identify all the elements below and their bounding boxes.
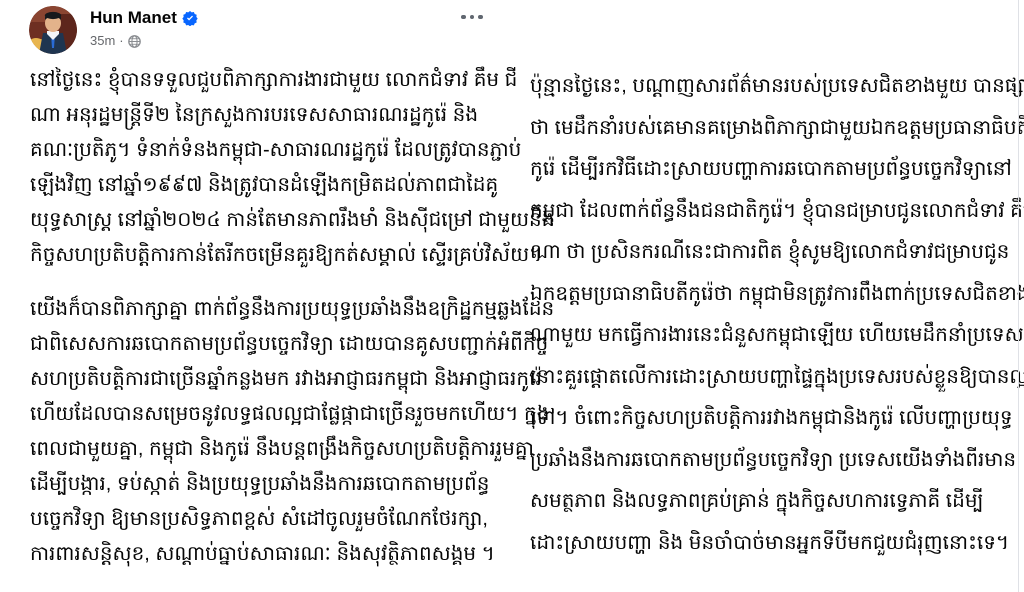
post-meta: 35m · <box>90 33 141 49</box>
author-name[interactable]: Hun Manet <box>90 8 177 28</box>
paragraph: ប៉ុន្មានថ្ងៃនេះ, បណ្តាញសារព័ត៌មានរបស់ប្រ… <box>530 66 996 564</box>
post-text-line: ការពារសន្តិសុខ, សណ្តាប់ធ្នាប់សាធារណៈ និង… <box>30 537 492 572</box>
author-row: Hun Manet <box>90 8 198 28</box>
post-text-line: ប្រឆាំងនឹងការឆបោកតាមប្រព័ន្ធបច្ចេកវិទ្យា… <box>530 440 996 482</box>
window-edge-divider <box>1018 0 1019 592</box>
post-text-line: នៅថ្ងៃនេះ ខ្ញុំបានទទួលជួបពិភាក្សាការងារជ… <box>30 63 492 98</box>
avatar[interactable] <box>29 6 77 54</box>
post-text-line: ទៅ។ ចំពោះកិច្ចសហប្រតិបត្តិការរវាងកម្ពុជា… <box>530 398 996 440</box>
verified-badge-icon <box>182 10 198 26</box>
post-text-line: ពេលជាមួយគ្នា, កម្ពុជា និងកូរ៉េ នឹងបន្តពង… <box>30 432 492 467</box>
post-text-line: ដើម្បីបង្ការ, ទប់ស្កាត់ និងប្រយុទ្ធប្រឆា… <box>30 467 492 502</box>
post-text-line: ឯកឧត្តមប្រធានាធិបតីកូរ៉េថា កម្ពុជាមិនត្រ… <box>530 274 996 316</box>
post-text-line: បច្ចេកវិទ្យា ឱ្យមានប្រសិទ្ធភាពខ្ពស់ សំដៅ… <box>30 502 492 537</box>
profile-photo <box>29 6 77 54</box>
post-text-right-column: ប៉ុន្មានថ្ងៃនេះ, បណ្តាញសារព័ត៌មានរបស់ប្រ… <box>530 66 996 564</box>
post-text-line: ណាមួយ មកធ្វើការងារនេះជំនួសកម្ពុជាឡើយ ហើយ… <box>530 315 996 357</box>
post-text-line: គណៈប្រតិភូ។ ទំនាក់ទំនងកម្ពុជា-សាធារណរដ្ឋ… <box>30 133 492 168</box>
post-text-line: សហប្រតិបត្តិការជាច្រើនឆ្នាំកន្លងមក រវាងអ… <box>30 362 492 397</box>
paragraph: យើងក៏បានពិភាក្សាគ្នា ពាក់ព័ន្ធនឹងការប្រយ… <box>30 292 492 572</box>
globe-icon <box>128 35 141 48</box>
post-text-line: ប៉ុន្មានថ្ងៃនេះ, បណ្តាញសារព័ត៌មានរបស់ប្រ… <box>530 66 996 108</box>
post-text-line: ណា អនុរដ្ឋមន្ត្រីទី២ នៃក្រសួងការបរទេសសាធ… <box>30 98 492 133</box>
post-text-left-column: នៅថ្ងៃនេះ ខ្ញុំបានទទួលជួបពិភាក្សាការងារជ… <box>30 63 492 572</box>
ellipsis-icon <box>470 15 475 20</box>
post-text-line: ហើយដែលបានសម្រេចនូវលទ្ធផលល្អជាផ្លែផ្កាជាច… <box>30 397 492 432</box>
ellipsis-icon <box>461 15 466 20</box>
post-text-line: ជាពិសេសការឆបោកតាមប្រព័ន្ធបច្ចេកវិទ្យា ដោ… <box>30 327 492 362</box>
post-text-line: កូរ៉េ ដើម្បីរកវិធីដោះស្រាយបញ្ហាការឆបោកតា… <box>530 149 996 191</box>
more-options-button[interactable] <box>452 3 492 31</box>
meta-separator: · <box>119 33 123 49</box>
post-text-line: ថា មេដឹកនាំរបស់គេមានគម្រោងពិភាក្សាជាមួយឯ… <box>530 108 996 150</box>
post-text-line: ឡើងវិញ នៅឆ្នាំ១៩៩៧ និងត្រូវបានដំឡើងកម្រិ… <box>30 168 492 203</box>
post-text-line: សមត្ថភាព និងលទ្ធភាពគ្រប់គ្រាន់ ក្នុងកិច្… <box>530 481 996 523</box>
post-text-line: នោះគួរផ្តោតលើការដោះស្រាយបញ្ហាផ្ទៃក្នុងប្… <box>530 357 996 399</box>
ellipsis-icon <box>478 15 483 20</box>
post-text-line: យើងក៏បានពិភាក្សាគ្នា ពាក់ព័ន្ធនឹងការប្រយ… <box>30 292 492 327</box>
paragraph: នៅថ្ងៃនេះ ខ្ញុំបានទទួលជួបពិភាក្សាការងារជ… <box>30 63 492 273</box>
post-text-line: កិច្ចសហប្រតិបត្តិការកាន់តែរីកចម្រើនគួរឱ្… <box>30 238 492 273</box>
post-text-line: យុទ្ធសាស្ត្រ នៅឆ្នាំ២០២៤ កាន់តែមានភាពរឹង… <box>30 203 492 238</box>
timestamp[interactable]: 35m <box>90 33 115 49</box>
post-text-line: ដោះស្រាយបញ្ហា និង មិនចាំបាច់មានអ្នកទីបីម… <box>530 523 996 565</box>
post-text-line: ណា ថា ប្រសិនករណីនេះជាការពិត ខ្ញុំសូមឱ្យល… <box>530 232 996 274</box>
post-text-line: កម្ពុជា ដែលពាក់ព័ន្ធនឹងជនជាតិកូរ៉េ។ ខ្ញុ… <box>530 191 996 233</box>
